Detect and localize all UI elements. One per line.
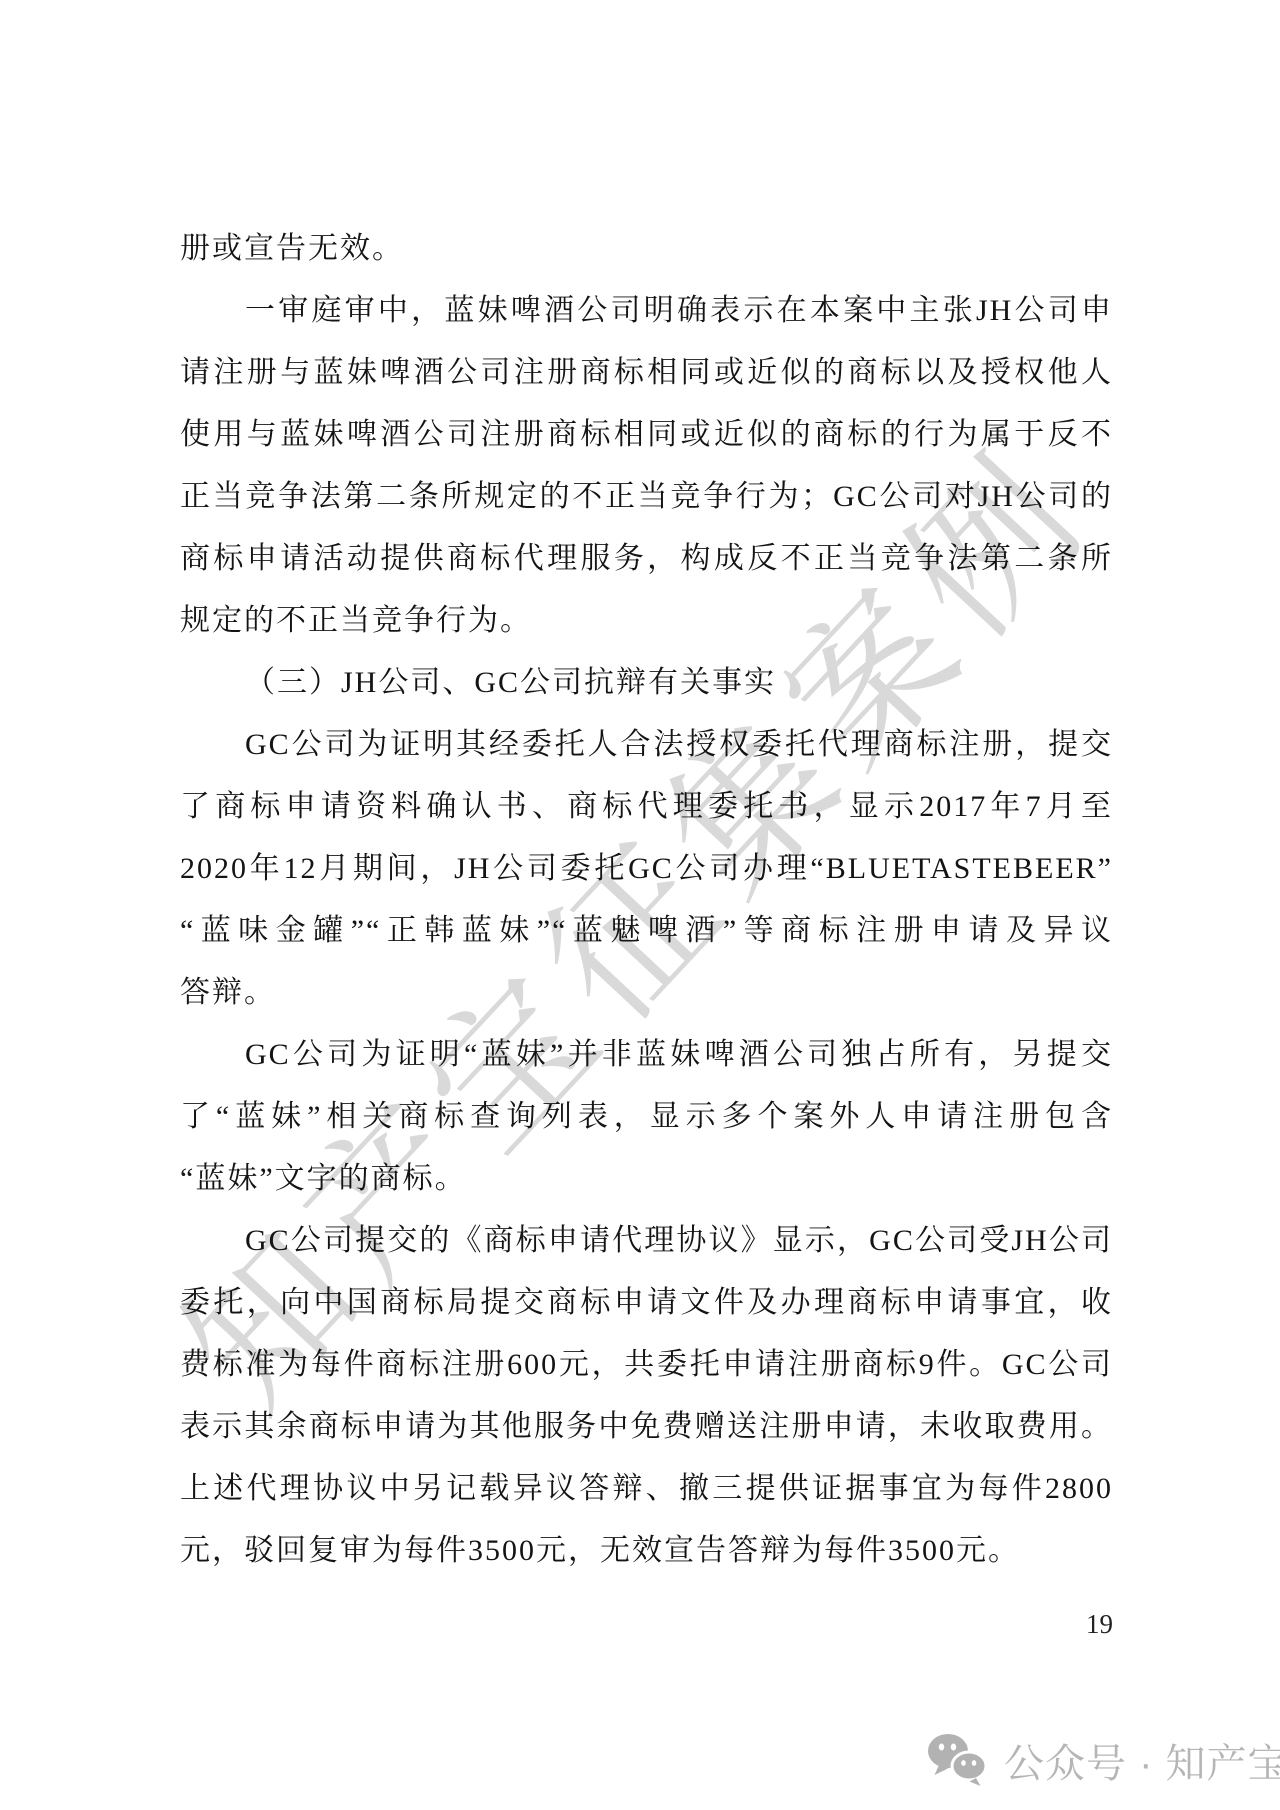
text-line: 规定的不正当竞争行为。 [180, 590, 1113, 652]
footer-label: 公众号 · 知产宝 [1004, 1732, 1280, 1789]
text-line: GC公司提交的《商标申请代理协议》显示，GC公司受JH公司 [180, 1210, 1113, 1272]
text-line: 答辩。 [180, 962, 1113, 1024]
text-line: GC公司为证明“蓝妹”并非蓝妹啤酒公司独占所有，另提交 [180, 1024, 1113, 1086]
document-page: 知产宝征集案例 册或宣告无效。一审庭审中，蓝妹啤酒公司明确表示在本案中主张JH公… [0, 0, 1280, 1810]
text-line: 正当竞争法第二条所规定的不正当竞争行为；GC公司对JH公司的 [180, 466, 1113, 528]
wechat-icon [926, 1732, 988, 1788]
text-line: 费标准为每件商标注册600元，共委托申请注册商标9件。GC公司 [180, 1334, 1113, 1396]
text-line: 2020年12月期间，JH公司委托GC公司办理“BLUETASTEBEER” [180, 838, 1113, 900]
text-line: “蓝味金罐”“正韩蓝妹”“蓝魅啤酒”等商标注册申请及异议 [180, 900, 1113, 962]
text-line: 表示其余商标申请为其他服务中免费赠送注册申请，未收取费用。 [180, 1396, 1113, 1458]
page-number: 19 [0, 1608, 1113, 1640]
text-line: 委托，向中国商标局提交商标申请文件及办理商标申请事宜，收 [180, 1272, 1113, 1334]
text-line: GC公司为证明其经委托人合法授权委托代理商标注册，提交 [180, 714, 1113, 776]
text-line: 了“蓝妹”相关商标查询列表，显示多个案外人申请注册包含 [180, 1086, 1113, 1148]
text-line: 册或宣告无效。 [180, 218, 1113, 280]
text-line: 商标申请活动提供商标代理服务，构成反不正当竞争法第二条所 [180, 528, 1113, 590]
text-line: 一审庭审中，蓝妹啤酒公司明确表示在本案中主张JH公司申 [180, 280, 1113, 342]
text-line: 上述代理协议中另记载异议答辩、撤三提供证据事宜为每件2800 [180, 1458, 1113, 1520]
footer: 公众号 · 知产宝 [926, 1731, 1280, 1789]
document-body: 册或宣告无效。一审庭审中，蓝妹啤酒公司明确表示在本案中主张JH公司申请注册与蓝妹… [180, 218, 1113, 1582]
text-line: 请注册与蓝妹啤酒公司注册商标相同或近似的商标以及授权他人 [180, 342, 1113, 404]
text-line: “蓝妹”文字的商标。 [180, 1148, 1113, 1210]
text-line: 使用与蓝妹啤酒公司注册商标相同或近似的商标的行为属于反不 [180, 404, 1113, 466]
text-line: 了商标申请资料确认书、商标代理委托书，显示2017年7月至 [180, 776, 1113, 838]
text-line: 元，驳回复审为每件3500元，无效宣告答辩为每件3500元。 [180, 1520, 1113, 1582]
text-line: （三）JH公司、GC公司抗辩有关事实 [180, 652, 1113, 714]
